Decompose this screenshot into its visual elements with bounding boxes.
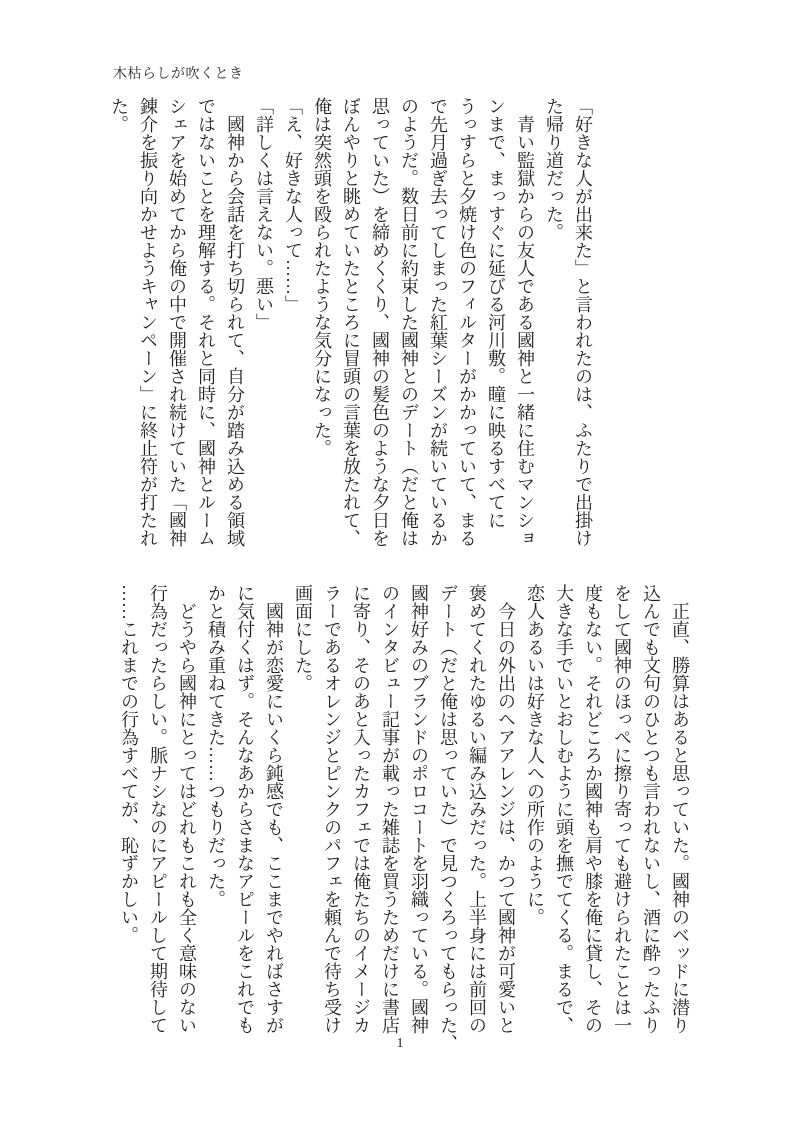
- page-number: 1: [0, 1036, 800, 1052]
- running-header-title: 木枯らしが吹くとき: [113, 63, 244, 83]
- upper-text-block: 「好きな人が出来た」と言われたのは、ふたりで出掛け た帰り道だった。 青い監獄か…: [104, 97, 597, 569]
- document-page: 木枯らしが吹くとき 「好きな人が出来た」と言われたのは、ふたりで出掛け た帰り道…: [0, 0, 800, 1135]
- lower-text-block: 正直、勝算はあると思っていた。國神のベッドに潜り 込んでも文句のひとつも言われな…: [114, 584, 694, 1056]
